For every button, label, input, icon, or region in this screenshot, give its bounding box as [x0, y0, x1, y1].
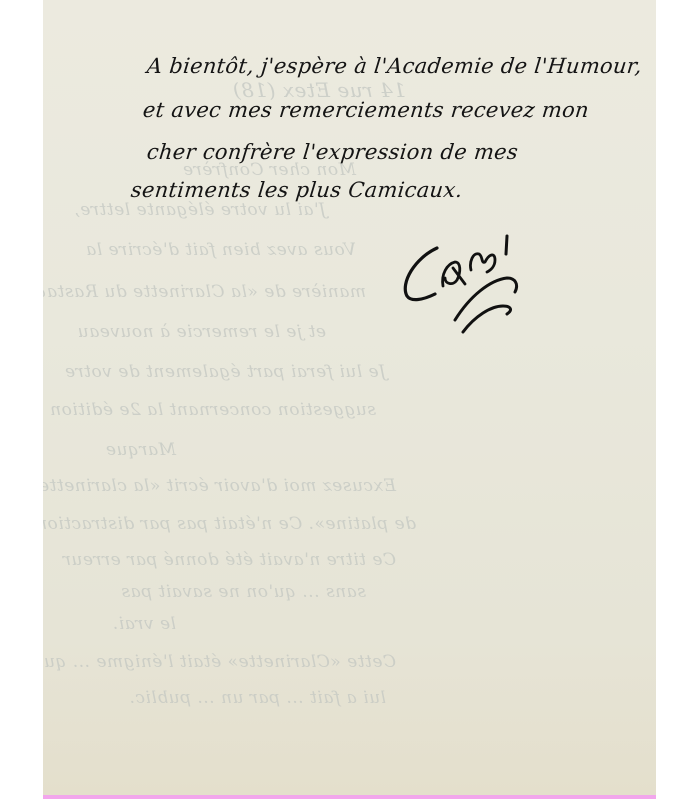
bleed-line: Vous avez bien fait d'écrire la: [86, 240, 356, 260]
bottom-border-line: [43, 795, 656, 799]
letter-line-3: cher confrère l'expression de mes: [146, 140, 520, 164]
letter-line-2: et avec mes remerciements recevez mon: [142, 98, 590, 122]
signature-cami: [395, 228, 545, 338]
bleed-line: manière de «la Clarinette du Rastaque: [43, 282, 366, 302]
letter-line-1: A bientôt, j'espère à l'Academie de l'Hu…: [146, 54, 643, 78]
bleed-line: le vrai.: [112, 614, 176, 634]
bleed-line: Marque: [105, 440, 176, 460]
letter-page: 14 rue Etex (18) Mon cher Confrère J'ai …: [43, 0, 656, 796]
bleed-line: Ce titre n'avait été donné par erreur: [62, 550, 396, 570]
bleed-line: Excusez moi d'avoir écrit «la clarinette: [43, 476, 396, 496]
bleed-line: suggestion concernant la 2e édition: [50, 400, 376, 420]
bleed-line: Cette «Clarinette» était l'énigme ... qu…: [43, 652, 396, 672]
bleed-line: de platine». Ce n'était pas par distract…: [43, 514, 416, 534]
bleed-line: J'ai lu votre élégante lettre,: [74, 200, 326, 220]
bleed-line: sans ... qu'on ne savait pas: [121, 582, 366, 602]
bleed-line: Je lui ferai part également de votre: [65, 362, 387, 382]
bleed-line: lui a fait ... par un ... public.: [129, 688, 386, 708]
letter-line-4: sentiments les plus Camicaux.: [130, 178, 464, 202]
bleed-line: et je le remercie à nouveau: [77, 322, 326, 342]
